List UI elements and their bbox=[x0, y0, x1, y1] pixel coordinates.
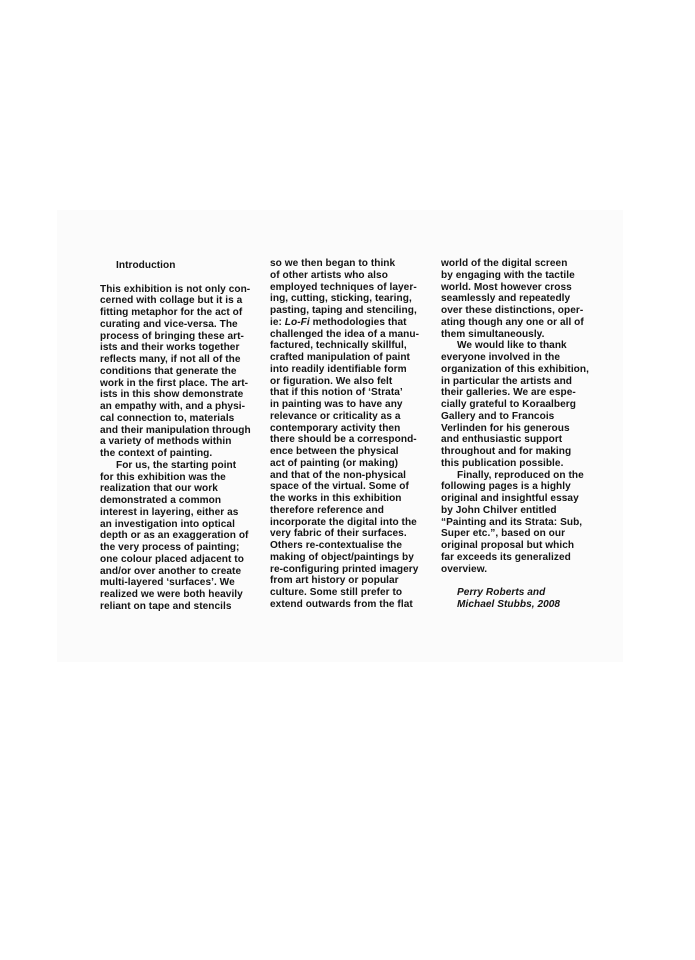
text-line: world of the digital screen bbox=[441, 258, 613, 270]
text-line: Others re-contextualise the bbox=[270, 540, 442, 552]
text-line: by engaging with the tactile bbox=[441, 270, 613, 282]
text-line: extend outwards from the flat bbox=[270, 599, 442, 611]
text-line: cerned with collage but it is a bbox=[100, 295, 272, 307]
text-line: realized we were both heavily bbox=[100, 589, 272, 601]
text-line: world. Most however cross bbox=[441, 282, 613, 294]
signature-line: Michael Stubbs, 2008 bbox=[457, 599, 613, 611]
text-line: an investigation into optical bbox=[100, 519, 272, 531]
text-line: demonstrated a common bbox=[100, 495, 272, 507]
text-line: overview. bbox=[441, 564, 613, 576]
text-line: their galleries. We are espe- bbox=[441, 387, 613, 399]
text-line: this publication possible. bbox=[441, 458, 613, 470]
text-line: so we then began to think bbox=[270, 258, 442, 270]
text-line: and their manipulation through bbox=[100, 425, 272, 437]
text-line: re-configuring printed imagery bbox=[270, 564, 442, 576]
text-line: challenged the idea of a manu- bbox=[270, 329, 442, 341]
text-line: the context of painting. bbox=[100, 448, 272, 460]
text-line: curating and vice-versa. The bbox=[100, 319, 272, 331]
text-line: ie: Lo-Fi methodologies that bbox=[270, 317, 442, 329]
text-line: process of bringing these art- bbox=[100, 331, 272, 343]
text-line: contemporary activity then bbox=[270, 423, 442, 435]
text-line: organization of this exhibition, bbox=[441, 364, 613, 376]
text-column-3: world of the digital screenby engaging w… bbox=[441, 258, 613, 611]
text-line: work in the first place. The art- bbox=[100, 378, 272, 390]
text-line: culture. Some still prefer to bbox=[270, 587, 442, 599]
text-column-2: so we then began to thinkof other artist… bbox=[270, 258, 442, 611]
text-segment: ie: bbox=[270, 317, 285, 328]
text-line: factured, technically skillful, bbox=[270, 340, 442, 352]
text-line: following pages is a highly bbox=[441, 481, 613, 493]
text-line: over these distinctions, oper- bbox=[441, 305, 613, 317]
text-line: employed techniques of layer- bbox=[270, 282, 442, 294]
text-line: space of the virtual. Some of bbox=[270, 481, 442, 493]
text-line: one colour placed adjacent to bbox=[100, 554, 272, 566]
text-line: the works in this exhibition bbox=[270, 493, 442, 505]
emphasized-term: Lo-Fi bbox=[285, 317, 310, 328]
text-line: reliant on tape and stencils bbox=[100, 601, 272, 613]
text-line: from art history or popular bbox=[270, 575, 442, 587]
text-line: ists in this show demonstrate bbox=[100, 389, 272, 401]
text-line: pasting, taping and stenciling, bbox=[270, 305, 442, 317]
text-line: the very process of painting; bbox=[100, 542, 272, 554]
text-line: depth or as an exaggeration of bbox=[100, 530, 272, 542]
text-line: relevance or criticality as a bbox=[270, 411, 442, 423]
text-line: reflects many, if not all of the bbox=[100, 354, 272, 366]
text-line: incorporate the digital into the bbox=[270, 517, 442, 529]
text-line: ists and their works together bbox=[100, 342, 272, 354]
text-line: cially grateful to Koraalberg bbox=[441, 399, 613, 411]
text-line: ating though any one or all of bbox=[441, 317, 613, 329]
text-line: far exceeds its generalized bbox=[441, 552, 613, 564]
column-3-body: world of the digital screenby engaging w… bbox=[441, 258, 613, 575]
text-line: “Painting and its Strata: Sub, bbox=[441, 517, 613, 529]
column-1-body: This exhibition is not only con-cerned w… bbox=[100, 284, 272, 613]
text-line: that if this notion of ‘Strata’ bbox=[270, 387, 442, 399]
section-heading: Introduction bbox=[100, 260, 272, 272]
text-line: and that of the non-physical bbox=[270, 470, 442, 482]
text-line: ence between the physical bbox=[270, 446, 442, 458]
text-line: conditions that generate the bbox=[100, 366, 272, 378]
text-line: for this exhibition was the bbox=[100, 472, 272, 484]
text-line: or figuration. We also felt bbox=[270, 376, 442, 388]
text-line: seamlessly and repeatedly bbox=[441, 293, 613, 305]
text-line: therefore reference and bbox=[270, 505, 442, 517]
text-line: in painting was to have any bbox=[270, 399, 442, 411]
text-line: For us, the starting point bbox=[100, 460, 272, 472]
text-line: a variety of methods within bbox=[100, 436, 272, 448]
text-line: cal connection to, materials bbox=[100, 413, 272, 425]
text-line: Finally, reproduced on the bbox=[441, 470, 613, 482]
text-line: them simultaneously. bbox=[441, 329, 613, 341]
text-line: realization that our work bbox=[100, 483, 272, 495]
column-2-body: so we then began to thinkof other artist… bbox=[270, 258, 442, 611]
text-line: everyone involved in the bbox=[441, 352, 613, 364]
text-line: Verlinden for his generous bbox=[441, 423, 613, 435]
signature: Perry Roberts and Michael Stubbs, 2008 bbox=[441, 587, 613, 611]
text-line: fitting metaphor for the act of bbox=[100, 307, 272, 319]
text-line: and/or over another to create bbox=[100, 566, 272, 578]
text-line: very fabric of their surfaces. bbox=[270, 528, 442, 540]
text-line: multi-layered ‘surfaces’. We bbox=[100, 577, 272, 589]
text-line: into readily identifiable form bbox=[270, 364, 442, 376]
text-line: interest in layering, either as bbox=[100, 507, 272, 519]
text-line: Super etc.”, based on our bbox=[441, 528, 613, 540]
text-line: Gallery and to Francois bbox=[441, 411, 613, 423]
signature-line: Perry Roberts and bbox=[457, 587, 613, 599]
text-line: by John Chilver entitled bbox=[441, 505, 613, 517]
text-line: ing, cutting, sticking, tearing, bbox=[270, 293, 442, 305]
text-line: making of object/paintings by bbox=[270, 552, 442, 564]
text-line: and enthusiastic support bbox=[441, 434, 613, 446]
text-line: there should be a correspond- bbox=[270, 434, 442, 446]
text-line: act of painting (or making) bbox=[270, 458, 442, 470]
text-column-1: Introduction This exhibition is not only… bbox=[100, 258, 272, 613]
text-segment: methodologies that bbox=[310, 317, 407, 328]
text-line: in particular the artists and bbox=[441, 376, 613, 388]
text-line: crafted manipulation of paint bbox=[270, 352, 442, 364]
text-line: original proposal but which bbox=[441, 540, 613, 552]
text-line: throughout and for making bbox=[441, 446, 613, 458]
text-line: This exhibition is not only con- bbox=[100, 284, 272, 296]
text-line: original and insightful essay bbox=[441, 493, 613, 505]
text-line: We would like to thank bbox=[441, 340, 613, 352]
text-line: of other artists who also bbox=[270, 270, 442, 282]
text-line: an empathy with, and a physi- bbox=[100, 401, 272, 413]
